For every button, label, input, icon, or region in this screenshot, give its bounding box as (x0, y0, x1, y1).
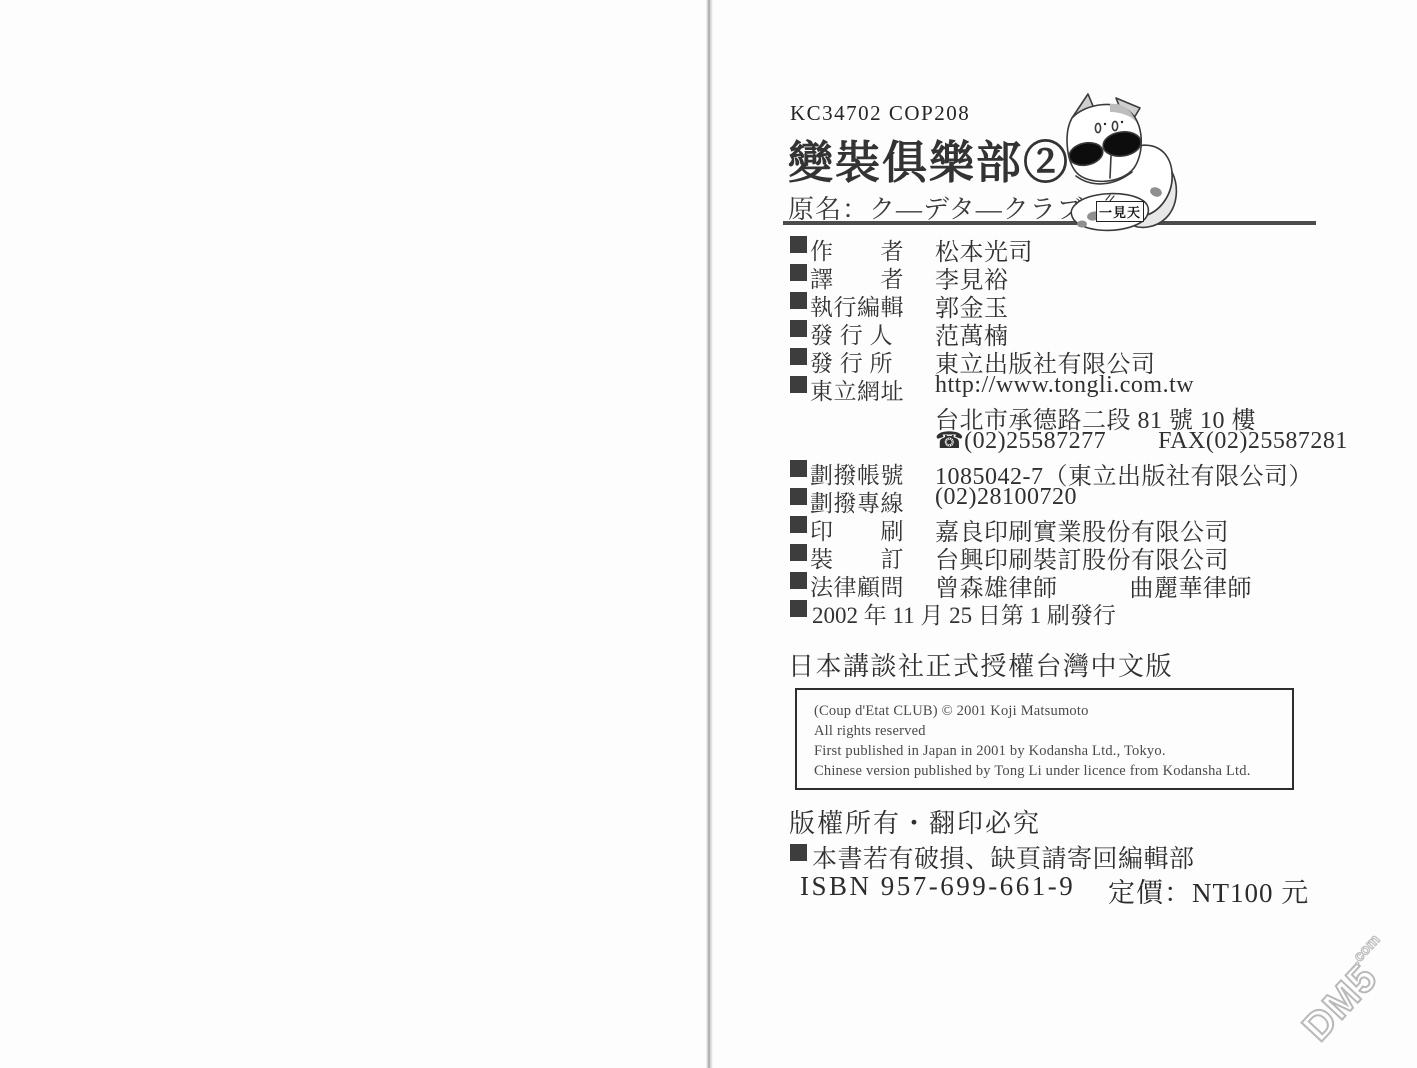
phone-icon: ☎ (935, 428, 964, 454)
bullet-square-icon (790, 516, 807, 533)
copyright-line: Chinese version published by Tong Li und… (814, 761, 1292, 781)
copyright-line: (Coup d'Etat CLUB) © 2001 Koji Matsumoto (814, 701, 1292, 721)
bullet-square-icon (790, 600, 807, 617)
bullet-square-icon (790, 376, 807, 393)
bullet-square-icon (790, 572, 807, 589)
table-row: 執行編輯 郭金玉 (788, 288, 1328, 316)
table-row: 劃撥帳號 1085042-7（東立出版社有限公司） (788, 456, 1328, 484)
bullet-square-icon (790, 320, 807, 337)
phone-fax-line: ☎(02)25587277FAX(02)25587281 (935, 428, 1348, 455)
table-row: 發 行 所 東立出版社有限公司 (788, 344, 1328, 372)
table-row: 法律顧問 曾森雄律師曲麗華律師 (788, 568, 1328, 596)
bullet-square-icon (790, 844, 807, 861)
license-statement: 日本講談社正式授權台灣中文版 (788, 646, 1173, 683)
bullet-square-icon (790, 488, 807, 505)
publication-info-table: 作 者 松本光司 譯 者 李見裕 執行編輯 郭金玉 發 行 人 范萬楠 發 行 … (788, 232, 1328, 624)
fax-number: FAX(02)25587281 (1158, 428, 1348, 454)
bullet-square-icon (790, 264, 807, 281)
book-title: 變裝俱樂部② (788, 126, 1070, 191)
mascot-caption: 一見天 (1096, 201, 1144, 222)
damage-notice: 本書若有破損、缺頁請寄回編輯部 (812, 839, 1195, 875)
bullet-square-icon (790, 292, 807, 309)
row-value: (02)28100720 (935, 484, 1077, 511)
table-row: 譯 者 李見裕 (788, 260, 1328, 288)
rights-reserved-line: 版權所有・翻印必究 (789, 803, 1041, 840)
table-row: 劃撥專線 (02)28100720 (788, 484, 1328, 512)
table-row: 發 行 人 范萬楠 (788, 316, 1328, 344)
bullet-square-icon (790, 460, 807, 477)
table-row: 東立網址 http://www.tongli.com.tw (788, 372, 1328, 400)
phone-number: (02)25587277 (964, 428, 1106, 454)
watermark-text: DM5 (1294, 956, 1386, 1050)
bullet-square-icon (790, 544, 807, 561)
table-row: 裝 訂 台興印刷裝訂股份有限公司 (788, 540, 1328, 568)
bullet-square-icon (790, 236, 807, 253)
price-label: 定價：NT100 元 (1108, 871, 1309, 910)
publisher-url: http://www.tongli.com.tw (935, 372, 1194, 399)
table-row: ☎(02)25587277FAX(02)25587281 (788, 428, 1328, 456)
copyright-box: (Coup d'Etat CLUB) © 2001 Koji Matsumoto… (795, 688, 1294, 790)
isbn-number: ISBN 957-699-661-9 (800, 871, 1075, 902)
bullet-square-icon (790, 348, 807, 365)
site-watermark: DM5 .com (1268, 928, 1417, 1068)
isbn-price-row: ISBN 957-699-661-9 定價：NT100 元 (788, 871, 1308, 903)
book-fold-line (706, 0, 713, 1068)
watermark-suffix: .com (1347, 931, 1383, 968)
table-row: 台北市承德路二段 81 號 10 樓 (788, 400, 1328, 428)
catalog-code: KC34702 COP208 (790, 101, 970, 126)
copyright-line: First published in Japan in 2001 by Koda… (814, 741, 1292, 761)
table-row: 2002 年 11 月 25 日第 1 刷發行 (788, 596, 1328, 624)
table-row: 印 刷 嘉良印刷實業股份有限公司 (788, 512, 1328, 540)
print-date: 2002 年 11 月 25 日第 1 刷發行 (812, 597, 1116, 630)
copyright-line: All rights reserved (814, 721, 1292, 741)
